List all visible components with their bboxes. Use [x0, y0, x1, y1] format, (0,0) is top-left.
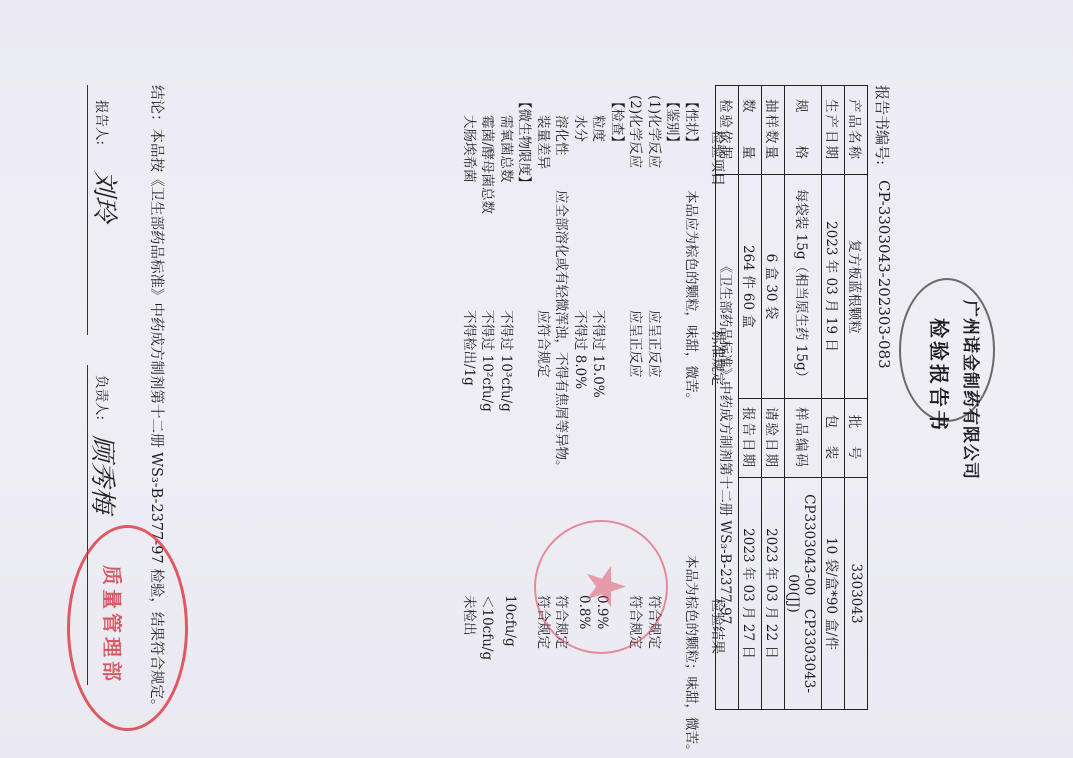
- quality-department-stamp-label: 质量管理部: [99, 565, 128, 685]
- table-row: 生产日期 2023 年 03 月 19 日 包 装 10 袋/盒*90 盒/件: [822, 86, 845, 710]
- result-item: (1)化学反应: [646, 95, 666, 168]
- batch-number-label: 批 号: [845, 399, 868, 478]
- sample-code-label: 样品编码: [785, 399, 822, 478]
- result-item: 【检查】: [609, 95, 629, 149]
- column-header-result: 检验结果: [708, 598, 728, 654]
- production-date-value: 2023 年 03 月 19 日: [822, 175, 845, 399]
- table-row: 数 量 264 件 60 盒 报告日期 2023 年 03 月 27 日: [739, 86, 762, 710]
- result-value: 未检出: [461, 595, 481, 636]
- table-row: 规 格 每袋装 15g（相当原生药 15g） 样品编码 CP3303043-00…: [785, 86, 822, 710]
- quality-stamp-middle-star: ★: [577, 565, 633, 608]
- result-standard: 不得过 10³cfu/g: [498, 310, 518, 412]
- inspection-report-page: 广州诺金制药有限公司 检验报告书 报告书编号: CP-3303043-20230…: [0, 0, 1073, 758]
- result-standard: 不得过 8.0%: [572, 310, 592, 389]
- result-item: 粒度: [591, 115, 611, 142]
- result-item: 需氧菌总数: [498, 115, 518, 183]
- report-number-label: 报告书编号:: [872, 85, 893, 165]
- result-item: 大肠埃希菌: [461, 115, 481, 183]
- reporter-signature: 刘玲: [88, 170, 125, 222]
- sample-quantity-label: 抽样数量: [762, 86, 785, 175]
- reporter-label: 报告人:: [93, 100, 113, 145]
- result-standard: 应呈正反应: [628, 310, 648, 378]
- product-name-label: 产品名称: [845, 86, 868, 175]
- report-date-value: 2023 年 03 月 27 日: [739, 478, 762, 710]
- responsible-signature: 顾秀梅: [86, 435, 123, 513]
- product-info-table: 产品名称 复方板蓝根颗粒 批 号 3303043 生产日期 2023 年 03 …: [715, 85, 868, 710]
- result-item: 【性状】: [683, 95, 703, 149]
- result-standard: 应全部溶化或有轻微浑浊，不得有焦屑等异物。: [554, 190, 574, 474]
- reporter-signature-line: [87, 85, 88, 335]
- sample-code-value: CP3303043-00 CP3303043-00(JJ): [785, 478, 822, 710]
- report-title: 检验报告书: [926, 318, 955, 433]
- product-name-value: 复方板蓝根颗粒: [845, 175, 868, 399]
- result-item: 装量差异: [535, 115, 555, 169]
- company-title: 广州诺金制药有限公司: [960, 300, 985, 480]
- column-header-standard: 标准规定: [708, 330, 728, 386]
- specification-label: 规 格: [785, 86, 822, 175]
- result-standard: 不得检出/1g: [461, 310, 481, 386]
- batch-number-value: 3303043: [845, 478, 868, 710]
- result-value: 10cfu/g: [502, 595, 518, 647]
- column-header-item: 检验项目: [708, 130, 728, 186]
- result-standard: 不得过 15.0%: [591, 310, 611, 398]
- sample-quantity-value: 6 盒 30 袋: [762, 175, 785, 399]
- result-value: ＜10cfu/g: [480, 595, 500, 660]
- quantity-value: 264 件 60 盒: [739, 175, 762, 399]
- result-item: (2)化学反应: [628, 95, 648, 168]
- request-date-label: 请验日期: [762, 399, 785, 478]
- result-item: 水分: [572, 115, 592, 142]
- result-item: 【鉴别】: [665, 95, 685, 149]
- packaging-value: 10 袋/盒*90 盒/件: [822, 478, 845, 710]
- result-standard: 应呈正反应: [646, 310, 666, 378]
- result-standard: 本品应为棕色的颗粒，味甜，微苦。: [683, 190, 703, 406]
- result-item: 【微生物限度】: [517, 95, 537, 190]
- report-date-label: 报告日期: [739, 399, 762, 478]
- responsible-label: 负责人:: [93, 375, 113, 420]
- table-row: 抽样数量 6 盒 30 袋 请验日期 2023 年 03 月 22 日: [762, 86, 785, 710]
- result-value: 本品为棕色的颗粒；味甜，微苦。: [683, 555, 703, 758]
- quantity-label: 数 量: [739, 86, 762, 175]
- result-item: 溶化性: [554, 115, 574, 156]
- result-standard: 应符合规定: [535, 310, 555, 378]
- specification-value: 每袋装 15g（相当原生药 15g）: [785, 175, 822, 399]
- report-number: CP-3303043-202303-083: [875, 180, 893, 369]
- production-date-label: 生产日期: [822, 86, 845, 175]
- table-row: 产品名称 复方板蓝根颗粒 批 号 3303043: [845, 86, 868, 710]
- packaging-label: 包 装: [822, 399, 845, 478]
- request-date-value: 2023 年 03 月 22 日: [762, 478, 785, 710]
- result-item: 霉菌/酵母菌总数: [480, 115, 500, 214]
- result-standard: 不得过 10²cfu/g: [480, 310, 500, 412]
